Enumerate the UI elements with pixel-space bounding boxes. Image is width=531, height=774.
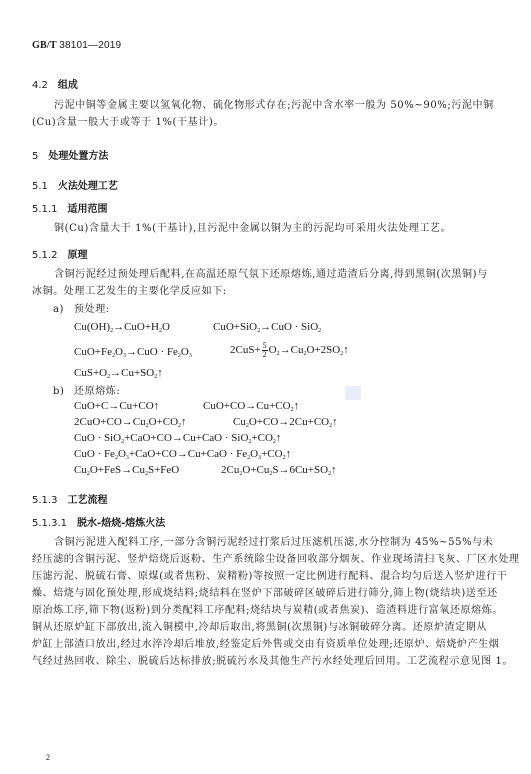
section-title: 处理处置方法 xyxy=(48,151,108,162)
section-4-2-heading: 4.2组成 xyxy=(32,76,78,91)
standard-code-number: 38101—2019 xyxy=(59,40,121,51)
section-5-1-3-1-line: 经压滤的含铜污泥、竖炉焙烧后返粉、生产系统除尘设备回收部分烟灰、作业现场清扫飞灰… xyxy=(32,551,520,568)
standard-code-header: GB/T 38101—2019 xyxy=(32,40,121,51)
section-5-1-2-para-line: 含铜污泥经过预处理后配料,在高温还原气氛下还原熔炼,通过造渣后分离,得到黑铜(次… xyxy=(54,266,488,283)
equation: CuO · SiO2+CaO+CO→Cu+CaO · SiO2+CO2↑ xyxy=(74,432,281,445)
equation: 2Cu2O+Cu2S→6Cu+SO2↑ xyxy=(221,464,337,477)
section-number: 5.1.3.1 xyxy=(32,518,67,529)
equation: 2CuO+CO→Cu2O+CO2↑ xyxy=(74,416,187,429)
equation: CuO+C→Cu+CO↑ xyxy=(74,400,159,412)
section-5-1-3-1-line: 燥、焙烧与固化预处理,形成烧结料;烧结料在竖炉下部破碎区破碎后进行筛分,筛上物(… xyxy=(32,585,498,602)
section-5-heading: 5处理处置方法 xyxy=(32,147,108,162)
list-marker-a: a) xyxy=(53,301,64,318)
section-5-1-3-1-line: 含铜污泥进入配料工序,一部分含铜污泥经过打浆后过压滤机压滤,水分控制为 45%~… xyxy=(54,534,493,551)
standard-code-prefix: GB/T xyxy=(32,40,57,51)
section-number: 5.1.1 xyxy=(32,204,57,215)
section-title: 原理 xyxy=(67,250,87,261)
section-4-2-para-line: (Cu)含量一般大于或等于 1%(干基计)。 xyxy=(32,114,224,131)
section-5-1-3-1-line: 原冶炼工序,筛下物(返粉)到分类配料工序配料;烧结块与炭精(或者焦炭)、造渣料进… xyxy=(32,602,503,619)
section-number: 5.1 xyxy=(32,181,48,192)
section-5-1-1-heading: 5.1.1适用范围 xyxy=(32,200,107,215)
list-label-pretreatment: 预处理: xyxy=(74,301,110,318)
section-title: 适用范围 xyxy=(67,204,107,215)
section-number: 4.2 xyxy=(32,80,48,91)
watermark-blur xyxy=(345,386,361,400)
page-number: 2 xyxy=(46,753,50,762)
equation: CuS+O2→Cu+SO2↑ xyxy=(74,367,163,380)
equation: Cu(OH)2→CuO+H2O xyxy=(74,321,170,334)
section-5-1-3-1-heading: 5.1.3.1脱水-焙烧-熔炼火法 xyxy=(32,514,165,529)
section-5-1-heading: 5.1火法处理工艺 xyxy=(32,177,118,192)
section-title: 火法处理工艺 xyxy=(58,181,118,192)
section-5-1-3-1-line: 气经过热回收、除尘、脱硫后达标排放;脱硫污水及其他生产污水经处理后回用。工艺流程… xyxy=(32,653,513,670)
list-marker-b: b) xyxy=(53,383,65,400)
section-number: 5.1.3 xyxy=(32,495,57,506)
section-title: 工艺流程 xyxy=(67,495,107,506)
section-number: 5.1.2 xyxy=(32,250,57,261)
section-5-1-3-1-line: 压滤污泥、脱硫石膏、原煤(或者焦粉、炭精粉)等按照一定比例进行配料、混合均匀后送… xyxy=(32,568,507,585)
equation: CuO · Fe2O3+CaO+CO→Cu+CaO · Fe2O3+CO2↑ xyxy=(74,448,291,461)
equation: Cu2O+FeS→Cu2S+FeO xyxy=(74,464,179,477)
list-label-reduction-smelting: 还原熔炼: xyxy=(74,383,120,400)
equation: CuO+CO→Cu+CO2↑ xyxy=(203,400,299,413)
equation: Cu2O+CO→2Cu+CO2↑ xyxy=(233,416,338,429)
equation: CuO+Fe2O3→CuO · Fe2O3 xyxy=(74,346,192,359)
section-title: 组成 xyxy=(58,80,78,91)
section-5-1-2-heading: 5.1.2原理 xyxy=(32,246,87,261)
section-5-1-1-para: 铜(Cu)含量大于 1%(干基计),且污泥中金属以铜为主的污泥均可采用火法处理工… xyxy=(54,220,451,237)
section-5-1-3-1-line: 铜从还原炉缸下部放出,流入铜模中,冷却后取出,将黑铜(次黑铜)与冰铜破碎分离。还… xyxy=(32,619,487,636)
section-5-1-2-para-line: 冰铜。处理工艺发生的主要化学反应如下: xyxy=(32,283,227,300)
section-number: 5 xyxy=(32,151,38,162)
section-4-2-para-line: 污泥中铜等金属主要以氢氧化物、硫化物形式存在;污泥中含水率一般为 50%~90%… xyxy=(54,97,494,114)
equation: 2CuS+52O2→Cu2O+2SO2↑ xyxy=(230,342,349,359)
equation: CuO+SiO2→CuO · SiO2 xyxy=(213,321,321,334)
section-5-1-3-heading: 5.1.3工艺流程 xyxy=(32,491,107,506)
section-5-1-3-1-line: 炉缸上部渣口放出,经过水淬冷却后堆放,经鉴定后外售或交由有资质单位处理;还原炉、… xyxy=(32,636,499,653)
document-page: GB/T 38101—2019 4.2组成 污泥中铜等金属主要以氢氧化物、硫化物… xyxy=(0,0,531,774)
fraction: 52 xyxy=(262,342,268,359)
section-title: 脱水-焙烧-熔炼火法 xyxy=(77,518,165,529)
